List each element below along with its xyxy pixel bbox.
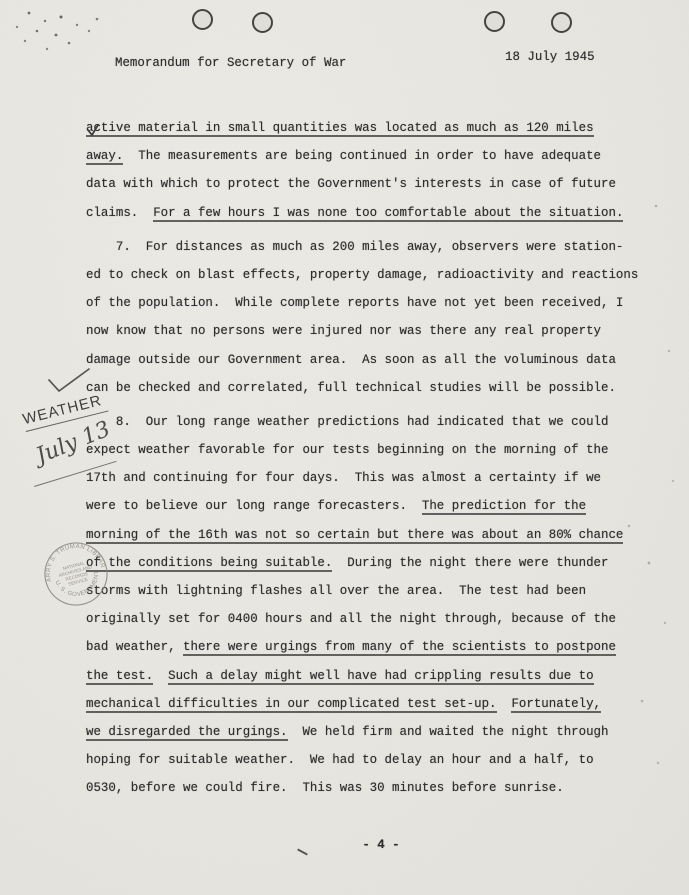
underlined-text-segment: mechanical difficulties in our complicat… [86,697,497,711]
text-line: of the population. While complete report… [86,289,638,317]
text-segment: of the population. While complete report… [86,296,623,310]
text-line: damage outside our Government area. As s… [86,346,638,374]
text-segment: can be checked and correlated, full tech… [86,381,616,395]
text-line: mechanical difficulties in our complicat… [86,690,638,718]
punch-hole [252,12,273,33]
text-segment: ed to check on blast effects, property d… [86,268,638,282]
text-line: ed to check on blast effects, property d… [86,261,638,289]
memo-date: 18 July 1945 [505,50,595,64]
text-line: storms with lightning flashes all over t… [86,577,638,605]
text-line: we disregarded the urgings. We held firm… [86,718,638,746]
page-number: - 4 - [346,838,416,852]
text-line: 0530, before we could fire. This was 30 … [86,774,638,802]
underlined-text-segment: the test. [86,669,153,683]
underlined-text-segment: away. [86,149,123,163]
text-line: claims. For a few hours I was none too c… [86,199,638,227]
text-segment: storms with lightning flashes all over t… [86,584,586,598]
text-segment: expect weather favorable for our tests b… [86,443,608,457]
pen-dash-mark [297,849,308,856]
punch-hole [484,11,505,32]
text-line: now know that no persons were injured no… [86,317,638,345]
text-segment: damage outside our Government area. As s… [86,353,616,367]
paragraph: 8. Our long range weather predictions ha… [86,408,638,803]
text-line: active material in small quantities was … [86,114,638,142]
underlined-text-segment: active material in small quantities was … [86,121,594,135]
text-segment: 0530, before we could fire. This was 30 … [86,781,564,795]
text-segment: 17th and continuing for four days. This … [86,471,601,485]
text-line: data with which to protect the Governmen… [86,170,638,198]
text-segment: The measurements are being continued in … [123,149,601,163]
memo-title: Memorandum for Secretary of War [115,56,346,70]
text-line: can be checked and correlated, full tech… [86,374,638,402]
text-line: originally set for 0400 hours and all th… [86,605,638,633]
paragraph: 7. For distances as much as 200 miles aw… [86,233,638,402]
text-segment [497,697,512,711]
text-line: 17th and continuing for four days. This … [86,464,638,492]
text-segment: data with which to protect the Governmen… [86,177,616,191]
underlined-text-segment: Fortunately, [511,697,601,711]
text-segment: claims. [86,206,153,220]
text-line: of the conditions being suitable. During… [86,549,638,577]
body-text: active material in small quantities was … [86,114,638,803]
text-line: were to believe our long range forecaste… [86,492,638,520]
punch-hole [551,12,572,33]
text-segment: bad weather, [86,640,183,654]
text-line: hoping for suitable weather. We had to d… [86,746,638,774]
text-segment: 7. For distances as much as 200 miles aw… [86,240,623,254]
text-line: bad weather, there were urgings from man… [86,633,638,661]
text-line: the test. Such a delay might well have h… [86,662,638,690]
text-segment: During the night there were thunder [332,556,608,570]
text-segment: 8. Our long range weather predictions ha… [86,415,608,429]
underlined-text-segment: The prediction for the [422,499,586,513]
text-line: away. The measurements are being continu… [86,142,638,170]
underlined-text-segment: For a few hours I was none too comfortab… [153,206,623,220]
underlined-text-segment: we disregarded the urgings. [86,725,288,739]
text-line: 7. For distances as much as 200 miles aw… [86,233,638,261]
text-segment: hoping for suitable weather. We had to d… [86,753,594,767]
text-line: 8. Our long range weather predictions ha… [86,408,638,436]
text-segment: were to believe our long range forecaste… [86,499,422,513]
underlined-text-segment: morning of the 16th was not so certain b… [86,528,623,542]
paragraph: active material in small quantities was … [86,114,638,227]
underlined-text-segment: Such a delay might well have had crippli… [168,669,593,683]
punch-hole [192,9,213,30]
underlined-text-segment: there were urgings from many of the scie… [183,640,616,654]
checkmark-icon [46,366,92,394]
text-segment [153,669,168,683]
text-segment: originally set for 0400 hours and all th… [86,612,616,626]
checkmark-icon [86,124,100,137]
text-line: morning of the 16th was not so certain b… [86,521,638,549]
text-segment: now know that no persons were injured no… [86,324,601,338]
scanned-memo-page: Memorandum for Secretary of War 18 July … [0,0,689,895]
paper-speckles-right-edge [0,0,2,2]
text-line: expect weather favorable for our tests b… [86,436,638,464]
text-segment: We held firm and waited the night throug… [288,725,609,739]
